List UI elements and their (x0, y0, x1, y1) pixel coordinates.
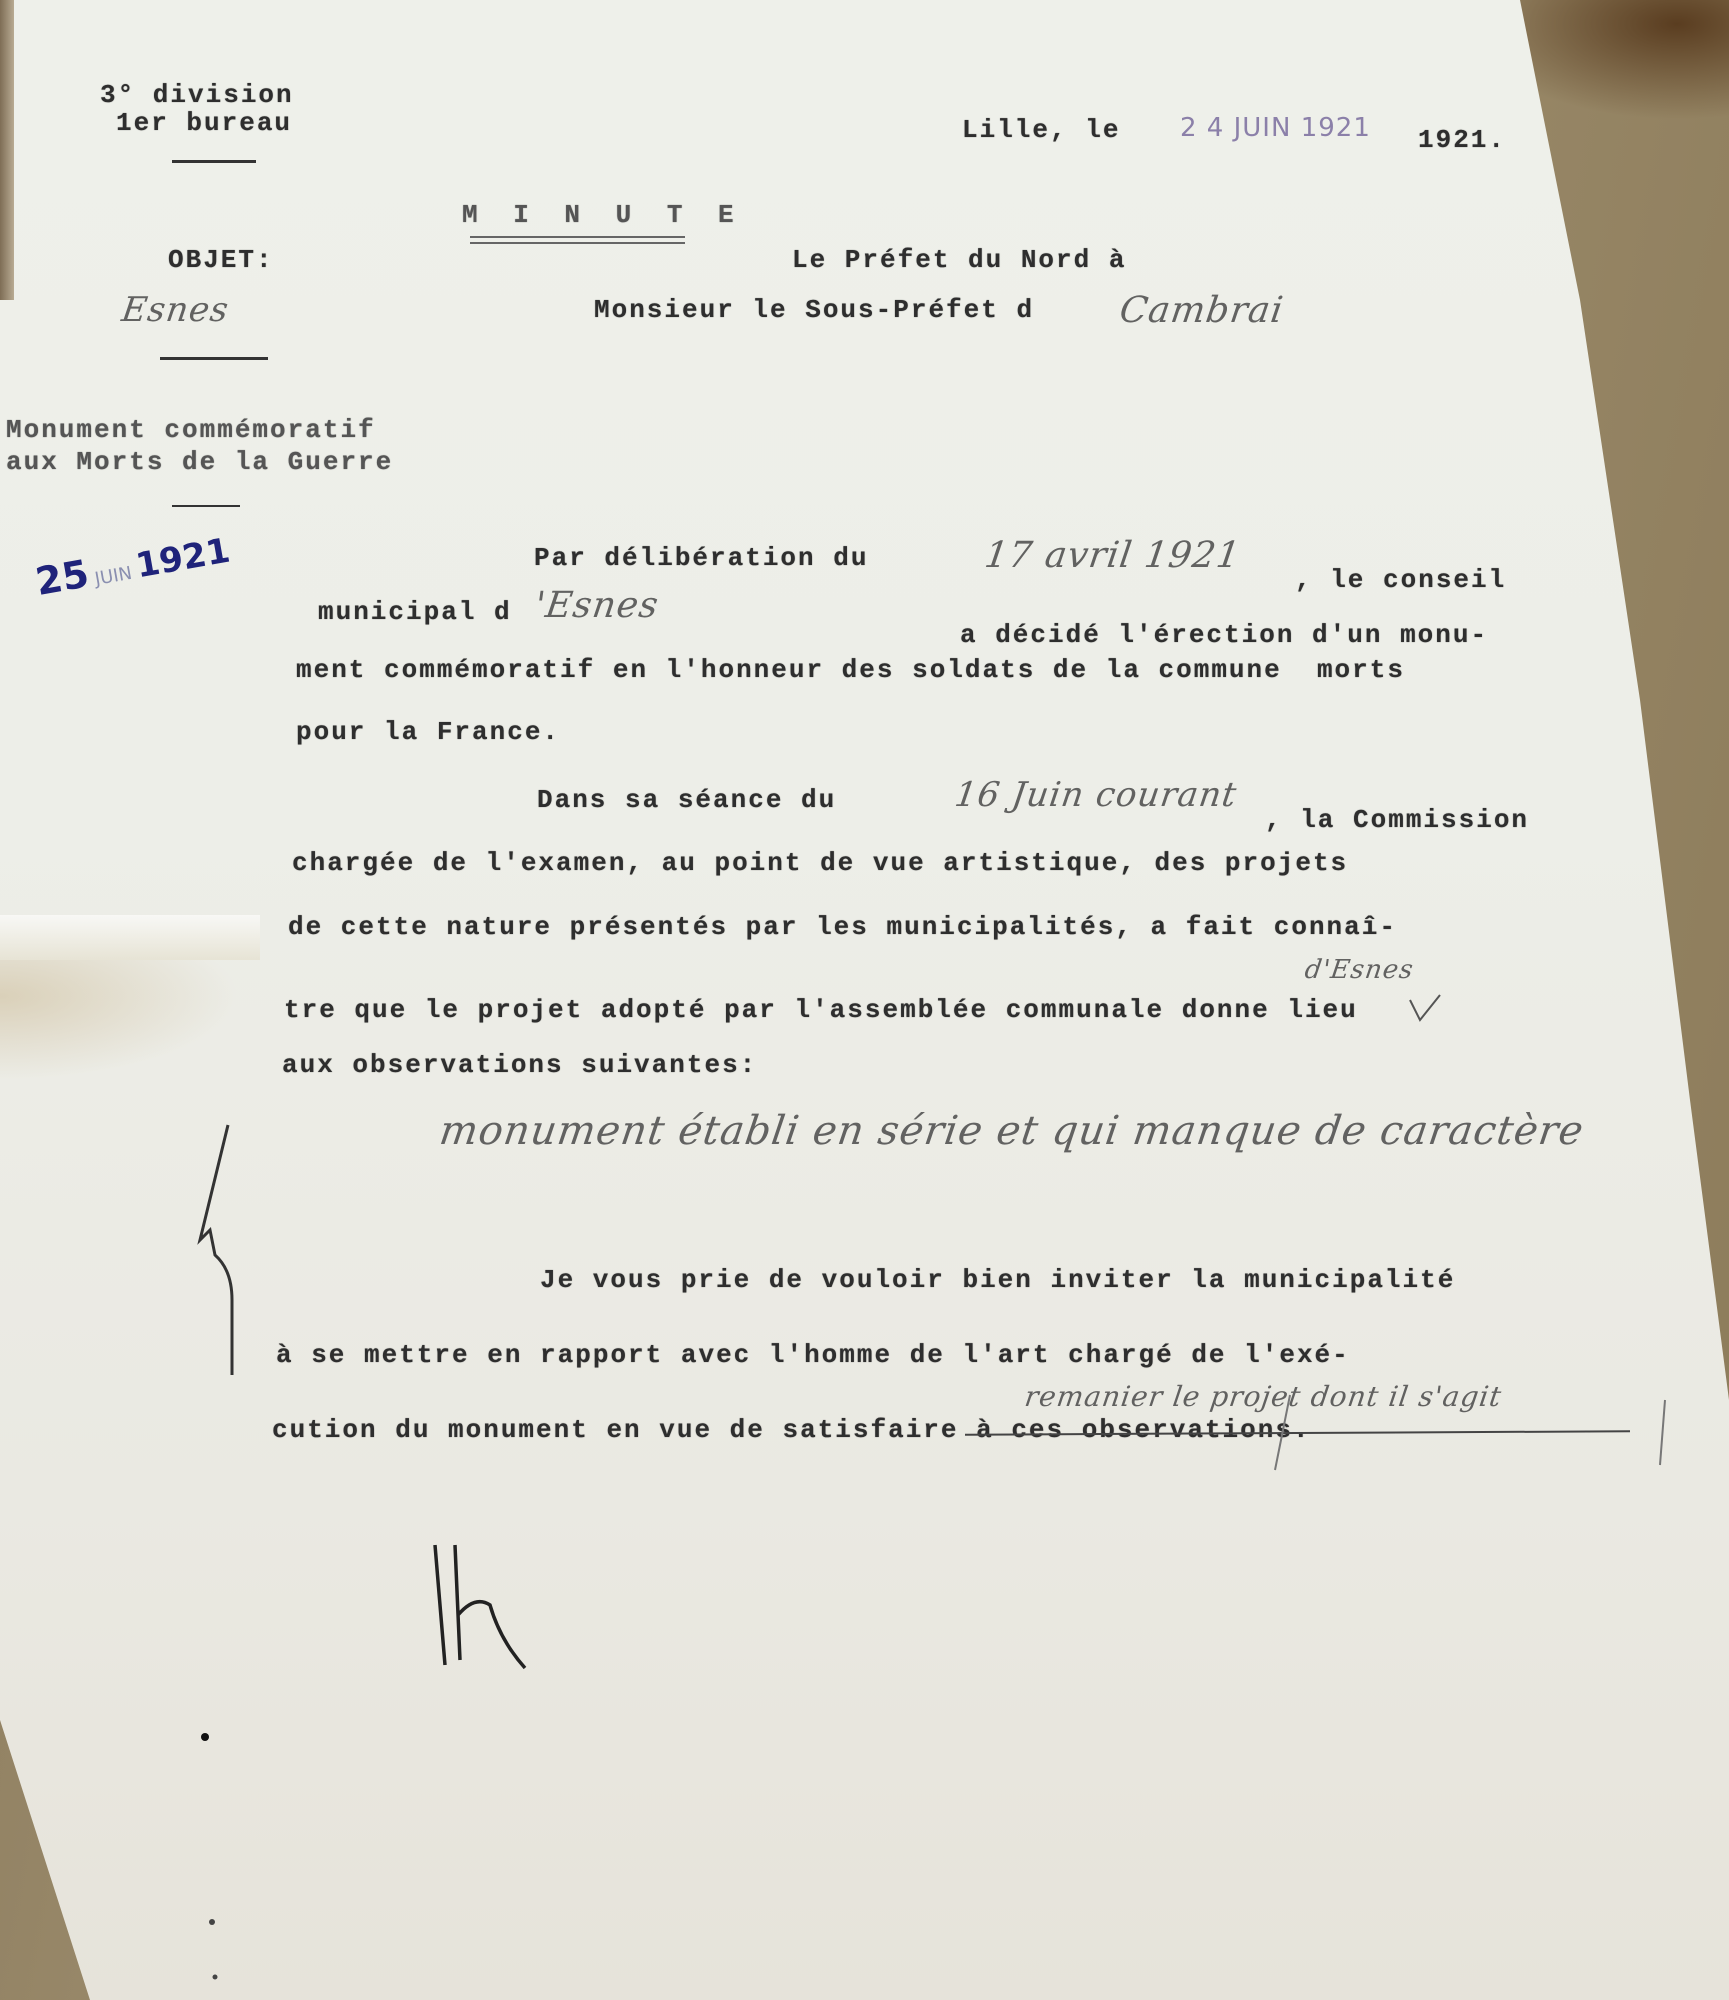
ink-dot (213, 1975, 218, 1980)
insert-caret-icon (1410, 995, 1440, 1020)
ink-dot (201, 1733, 209, 1741)
margin-bracket-icon (200, 1125, 232, 1375)
handwritten-marks (0, 0, 1729, 2000)
document-page: 3° division 1er bureau OBJET: Esnes Monu… (0, 0, 1729, 2000)
ink-dot (209, 1919, 215, 1925)
signature-initials-icon (435, 1545, 525, 1668)
correction-stroke-icon (1275, 1395, 1665, 1470)
